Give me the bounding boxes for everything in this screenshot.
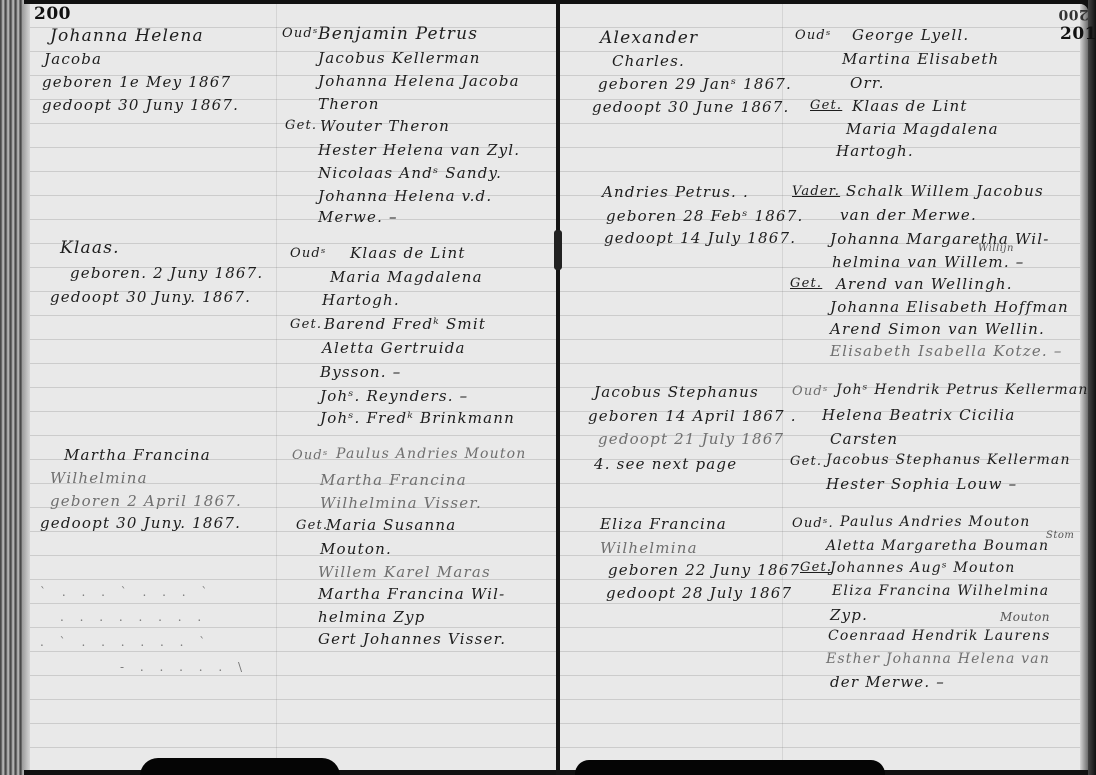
witnesses-label: Get.: [790, 454, 822, 469]
parents-label: Oudˢ: [292, 448, 329, 463]
witness-line: Nicolaas Andˢ Sandy.: [318, 164, 502, 182]
ink-bleed-marks: - . . . . . \: [120, 660, 248, 674]
parent-line: Helena Beatrix Cicilia: [822, 406, 1015, 424]
witnesses-label: Get.: [790, 276, 822, 291]
birth-date: geboren 22 Juny 1867: [608, 561, 800, 579]
open-register-book: 200 200 201 Johanna Helena Jacoba gebore…: [0, 0, 1096, 775]
parent-line: Martina Elisabeth: [842, 50, 999, 68]
baptism-date: gedoopt 30 Juny. 1867.: [50, 288, 251, 306]
child-name: Charles.: [612, 52, 685, 70]
baptism-date: gedoopt 30 June 1867.: [592, 98, 790, 116]
child-name: Eliza Francina: [600, 515, 727, 533]
parent-line: Wilhelmina Visser.: [320, 494, 482, 512]
witness-line: Jacobus Stephanus Kellerman: [826, 452, 1071, 468]
parents-label: Vader.: [792, 184, 840, 199]
birth-date: geboren 2 April 1867.: [50, 492, 242, 510]
interlinear-note: Mouton: [1000, 610, 1050, 624]
child-name: Alexander: [600, 28, 698, 48]
child-name: Klaas.: [60, 238, 120, 258]
witness-line: Esther Johanna Helena van: [826, 651, 1050, 667]
book-spine: [556, 0, 560, 775]
page-clip: [140, 758, 340, 775]
page-number-left: 200: [34, 4, 71, 24]
baptism-date: gedoopt 14 July 1867.: [604, 229, 796, 247]
child-name: Jacobus Stephanus: [594, 383, 759, 401]
column-rule: [276, 4, 277, 770]
spine-binding: [554, 230, 562, 270]
page-clip: [575, 760, 885, 775]
witness-line: Martha Francina Wil-: [318, 585, 505, 603]
birth-date: geboren. 2 Juny 1867.: [70, 264, 263, 282]
witness-line: Eliza Francina Wilhelmina: [832, 583, 1049, 599]
baptism-date: gedoopt 28 July 1867: [606, 584, 792, 602]
witness-line: Aletta Gertruida: [322, 339, 466, 357]
baptism-date: gedoopt 21 July 1867: [598, 430, 784, 448]
witness-line: Hester Sophia Louw –: [826, 475, 1017, 493]
parent-line: Benjamin Petrus: [318, 24, 478, 44]
birth-date: geboren 1e Mey 1867: [42, 73, 231, 91]
witness-line: Zyp.: [830, 606, 868, 624]
witness-line: Elisabeth Isabella Kotze. –: [830, 342, 1063, 360]
column-rule: [782, 4, 783, 770]
witness-line: Maria Susanna: [326, 516, 456, 534]
witness-line: Bysson. –: [320, 363, 401, 381]
cross-reference-note: 4. see next page: [594, 455, 737, 473]
parent-line: Hartogh.: [322, 291, 400, 309]
witnesses-label: Get.: [810, 98, 842, 113]
parent-line: Theron: [318, 95, 380, 113]
witness-line: Mouton.: [320, 540, 392, 558]
page-number-right: 201: [1060, 24, 1096, 44]
witness-line: Johˢ. Fredᵏ Brinkmann: [320, 409, 515, 427]
parent-line: Aletta Margaretha Bouman: [826, 538, 1049, 554]
witnesses-label: Get.: [296, 518, 328, 533]
parents-label: Oudˢ.: [792, 516, 834, 531]
parent-line: Johanna Helena Jacoba: [318, 72, 520, 90]
birth-date: geboren 28 Febˢ 1867.: [606, 207, 803, 225]
child-name: Martha Francina: [64, 446, 211, 464]
witness-line: Hester Helena van Zyl.: [318, 141, 520, 159]
parent-line: George Lyell.: [852, 26, 969, 44]
witness-line: Coenraad Hendrik Laurens: [828, 628, 1050, 644]
parents-label: Oudˢ: [792, 384, 829, 399]
parent-line: Orr.: [850, 74, 885, 92]
parent-line: van der Merwe.: [840, 206, 977, 224]
parent-line: Klaas de Lint: [350, 244, 466, 262]
parents-label: Oudˢ: [290, 246, 327, 261]
witness-line: Klaas de Lint: [852, 97, 968, 115]
interlinear-note: Stom: [1046, 530, 1074, 541]
witness-line: Barend Fredᵏ Smit: [324, 315, 486, 333]
child-name: Andries Petrus. .: [602, 183, 749, 201]
witness-line: Merwe. –: [318, 208, 398, 226]
parent-line: Maria Magdalena: [330, 268, 483, 286]
child-name: Johanna Helena: [50, 26, 204, 46]
page-number-mirrored: 200: [1058, 6, 1089, 22]
witness-line: Arend Simon van Wellin.: [830, 320, 1045, 338]
witness-line: Gert Johannes Visser.: [318, 630, 506, 648]
witness-line: Hartogh.: [836, 142, 914, 160]
parent-line: Paulus Andries Mouton: [840, 514, 1031, 530]
witness-line: Willem Karel Maras: [318, 563, 491, 581]
parents-label: Oudˢ: [795, 28, 832, 43]
parent-line: Johˢ Hendrik Petrus Kellerman: [836, 382, 1089, 398]
parent-line: Paulus Andries Mouton: [336, 446, 527, 462]
witness-line: der Merwe. –: [830, 673, 945, 691]
ink-bleed-marks: . ` . . . . . . `: [40, 635, 211, 649]
witnesses-label: Get.: [290, 317, 322, 332]
witness-line: Johanna Elisabeth Hoffman: [830, 298, 1069, 316]
ink-bleed-marks: ` . . . ` . . . `: [40, 585, 213, 599]
baptism-date: gedoopt 30 Juny 1867.: [42, 96, 239, 114]
witness-line: Johˢ. Reynders. –: [320, 387, 468, 405]
baptism-date: gedoopt 30 Juny. 1867.: [40, 514, 241, 532]
child-name: Wilhelmina: [50, 469, 148, 487]
birth-date: geboren 29 Janˢ 1867.: [598, 75, 792, 93]
witness-line: helmina Zyp: [318, 608, 425, 626]
parent-line: Johanna Margaretha Wil-: [830, 230, 1050, 248]
witness-line: Wouter Theron: [320, 117, 450, 135]
ink-bleed-marks: . . . . . . . .: [60, 610, 207, 624]
parent-line: Carsten: [830, 430, 898, 448]
parent-line: helmina van Willem. –: [832, 253, 1024, 271]
child-name: Wilhelmina: [600, 539, 698, 557]
witness-line: Arend van Wellingh.: [836, 275, 1013, 293]
parents-label: Oudˢ: [282, 26, 319, 41]
child-name: Jacoba: [44, 50, 102, 68]
parent-line: Martha Francina: [320, 471, 467, 489]
right-page-edge: [1088, 0, 1096, 775]
witnesses-label: Get.: [800, 560, 832, 575]
witness-line: Johanna Helena v.d.: [318, 187, 492, 205]
witness-line: Johannes Augˢ Mouton: [830, 560, 1015, 576]
parent-line: Jacobus Kellerman: [318, 49, 481, 67]
witnesses-label: Get.: [285, 118, 317, 133]
witness-line: Maria Magdalena: [846, 120, 999, 138]
parent-line: Schalk Willem Jacobus: [846, 182, 1044, 200]
left-page-edge: [0, 0, 24, 775]
birth-date: geboren 14 April 1867 .: [588, 407, 797, 425]
